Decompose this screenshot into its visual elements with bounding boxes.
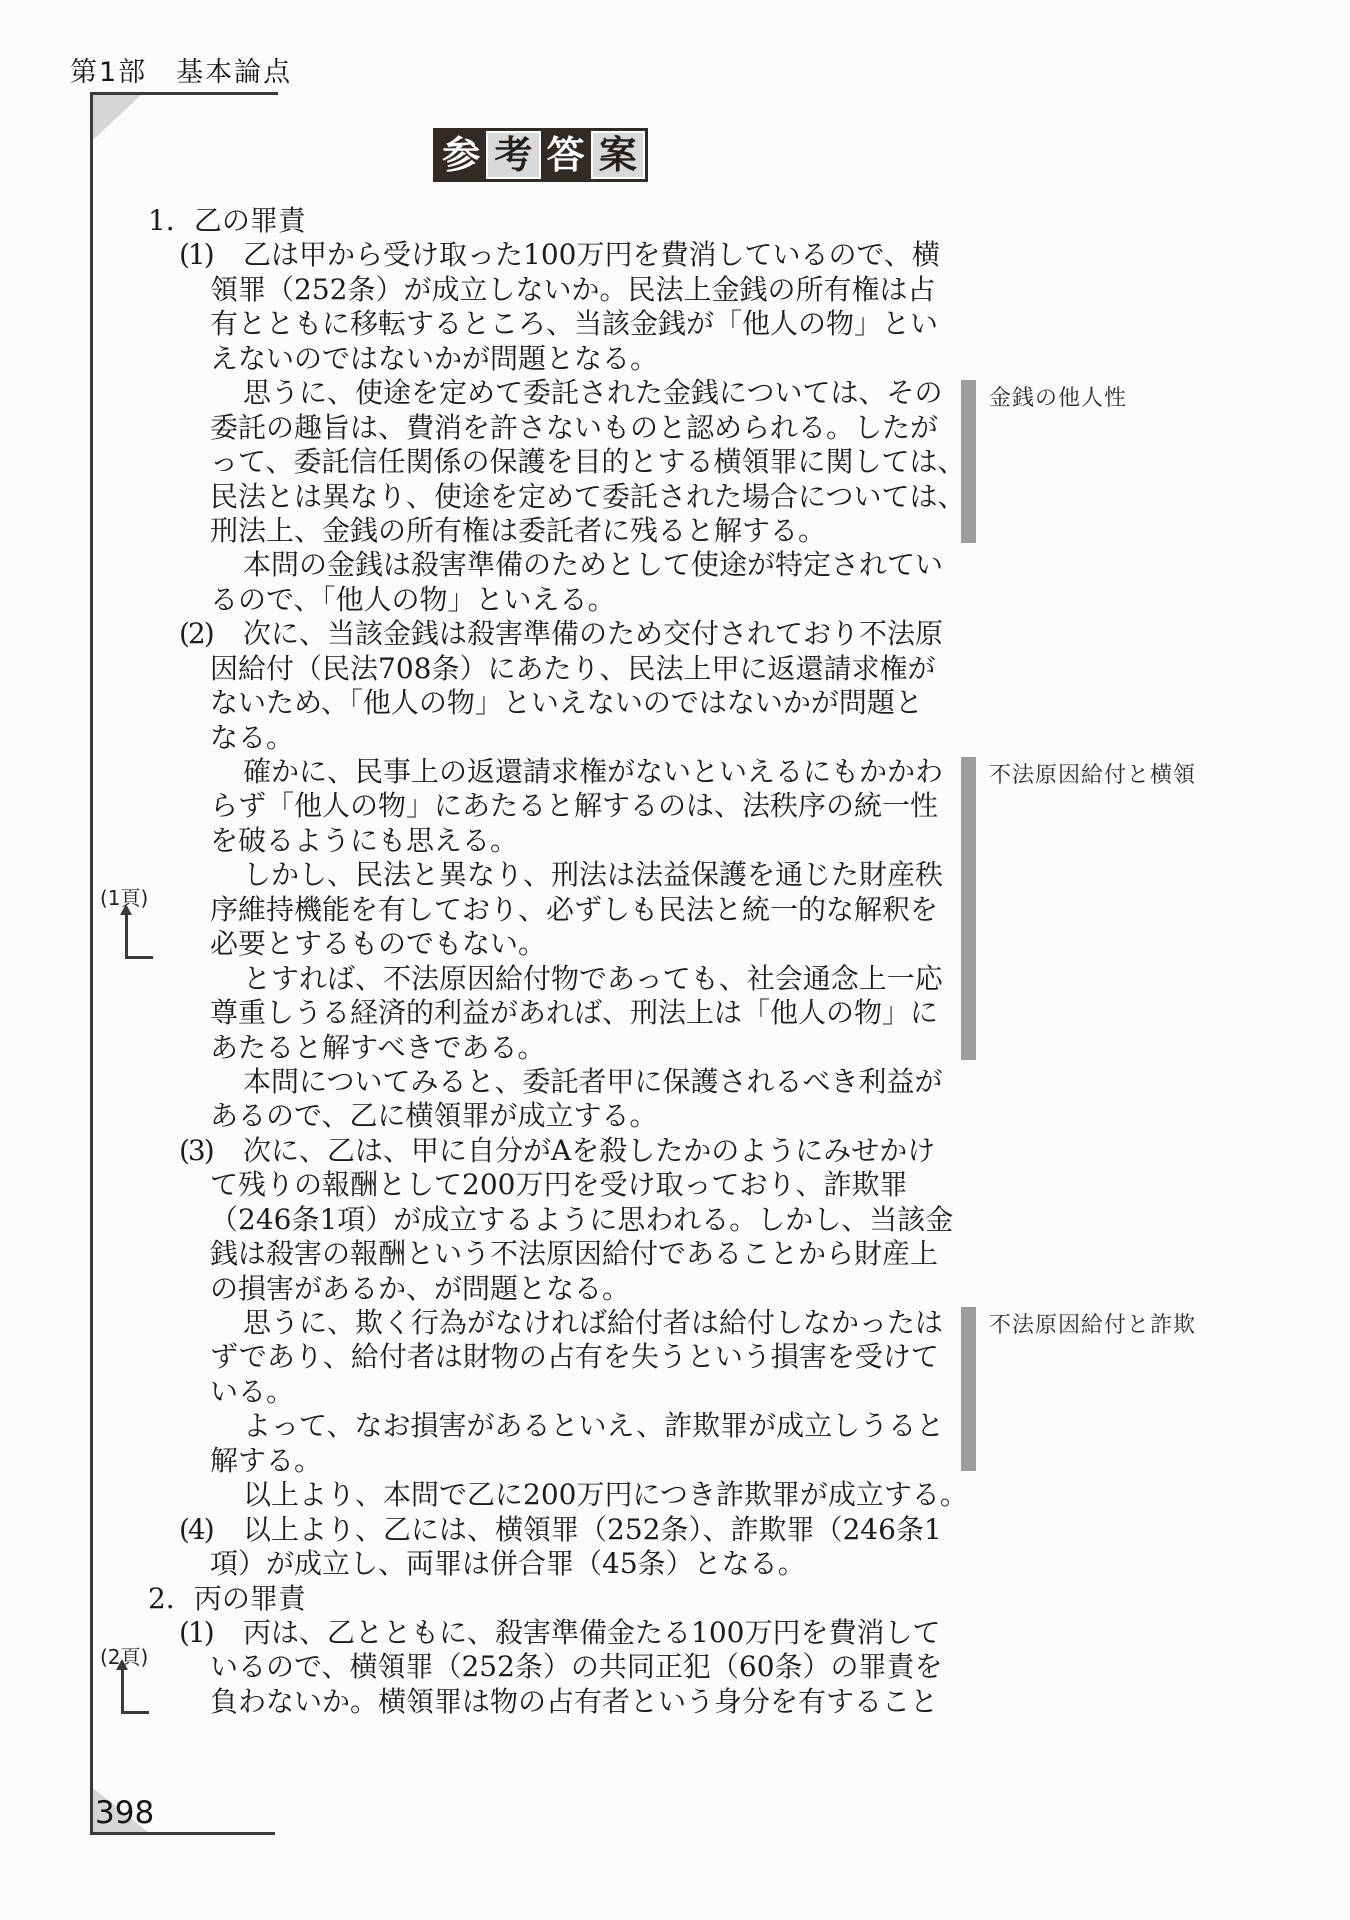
page-marker-arrow <box>125 912 153 959</box>
line-text: あたると解すべきである。 <box>210 1031 545 1064</box>
margin-note-bar <box>961 757 976 1060</box>
line-text: しかし、民法と異なり、刑法は法益保護を通じた財産秩 <box>243 858 943 891</box>
top-corner-triangle <box>93 95 141 140</box>
line-text: 負わないか。横領罪は物の占有者という身分を有すること <box>210 1685 938 1718</box>
margin-note-bar <box>961 1307 976 1471</box>
line-text: 解する。 <box>210 1444 322 1477</box>
margin-note-fuhou-genin-kyufu-to-oryo: 不法原因給付と横領 <box>961 757 1196 1060</box>
body-line: 領罪（252条）が成立しないか。民法上金銭の所有権は占 <box>0 273 1350 307</box>
line-text: 確かに、民事上の返還請求権がないといえるにもかかわ <box>243 755 943 788</box>
line-text: （246条1項）が成立するように思われる。しかし、当該金 <box>210 1203 953 1236</box>
body-line: いるので、横領罪（252条）の共同正犯（60条）の罪責を <box>0 1650 1350 1684</box>
line-text: 領罪（252条）が成立しないか。民法上金銭の所有権は占 <box>210 273 935 306</box>
body-line: (4)以上より、乙には、横領罪（252条）、詐欺罪（246条1 <box>0 1513 1350 1547</box>
body-line: 民法とは異なり、使途を定めて委託された場合については、 <box>0 480 1350 514</box>
body-line: 本問についてみると、委託者甲に保護されるべき利益が <box>0 1065 1350 1099</box>
body-line: （246条1項）が成立するように思われる。しかし、当該金 <box>0 1203 1350 1237</box>
item-number: (1) <box>179 1616 243 1650</box>
margin-note-label: 不法原因給付と詐欺 <box>989 1307 1196 1339</box>
line-text: 以上より、本問で乙に200万円につき詐欺罪が成立する。 <box>243 1478 968 1511</box>
body-line: なる。 <box>0 721 1350 755</box>
line-text: 序維持機能を有しており、必ずしも民法と統一的な解釈を <box>210 893 938 926</box>
line-text: らず「他人の物」にあたると解するのは、法秩序の統一性 <box>210 789 938 822</box>
line-text: 有とともに移転するところ、当該金銭が「他人の物」とい <box>210 307 938 340</box>
body-line: 本問の金銭は殺害準備のためとして使途が特定されてい <box>0 548 1350 582</box>
body-line: 有とともに移転するところ、当該金銭が「他人の物」とい <box>0 307 1350 341</box>
title-char: 案 <box>591 131 645 179</box>
body-line: 負わないか。横領罪は物の占有者という身分を有すること <box>0 1685 1350 1719</box>
line-text: 次に、乙は、甲に自分がAを殺したかのようにみせかけ <box>243 1134 935 1167</box>
line-text: 因給付（民法708条）にあたり、民法上甲に返還請求権が <box>210 652 935 685</box>
line-text: 以上より、乙には、横領罪（252条）、詐欺罪（246条1 <box>243 1513 942 1546</box>
title-char: 考 <box>486 131 540 179</box>
line-text: を破るようにも思える。 <box>210 824 518 857</box>
line-text: 思うに、使途を定めて委託された金銭については、その <box>243 376 942 409</box>
margin-note-bar <box>961 380 976 543</box>
line-text: 項）が成立し、両罪は併合罪（45条）となる。 <box>210 1547 806 1580</box>
body-line: 委託の趣旨は、費消を許さないものと認められる。したが <box>0 411 1350 445</box>
line-text: 思うに、欺く行為がなければ給付者は給付しなかったは <box>243 1306 943 1339</box>
line-text: 委託の趣旨は、費消を許さないものと認められる。したが <box>210 411 938 444</box>
body-line: 銭は殺害の報酬という不法原因給付であることから財産上 <box>0 1237 1350 1271</box>
line-text: 必要とするものでもない。 <box>210 927 546 960</box>
line-text: いる。 <box>210 1375 294 1408</box>
answer-title-box: 参 考 答 案 <box>433 128 648 182</box>
line-text: 丙は、乙とともに、殺害準備金たる100万円を費消して <box>243 1616 940 1649</box>
body-line: 項）が成立し、両罪は併合罪（45条）となる。 <box>0 1547 1350 1581</box>
line-text: とすれば、不法原因給付物であっても、社会通念上一応 <box>243 962 943 995</box>
bottom-rule <box>90 1832 275 1835</box>
line-text: て残りの報酬として200万円を受け取っており、詐欺罪 <box>210 1168 907 1201</box>
line-text: ずであり、給付者は財物の占有を失うという損害を受けて <box>210 1340 939 1373</box>
line-text: るので、「他人の物」といえる。 <box>210 583 615 616</box>
line-text: あるので、乙に横領罪が成立する。 <box>210 1099 657 1132</box>
title-char: 答 <box>541 131 591 179</box>
body-line: えないのではないかが問題となる。 <box>0 342 1350 376</box>
line-text: えないのではないかが問題となる。 <box>210 342 658 375</box>
body-line: (2)次に、当該金銭は殺害準備のため交付されており不法原 <box>0 617 1350 651</box>
title-char: 参 <box>436 131 486 179</box>
body-line: 2．丙の罪責 <box>0 1582 1350 1616</box>
body-line: って、委託信任関係の保護を目的とする横領罪に関しては、 <box>0 445 1350 479</box>
page-number: 398 <box>95 1795 154 1831</box>
body-line: 1．乙の罪責 <box>0 204 1350 238</box>
line-text: 本問の金銭は殺害準備のためとして使途が特定されてい <box>243 548 943 581</box>
body-line: (1)丙は、乙とともに、殺害準備金たる100万円を費消して <box>0 1616 1350 1650</box>
body-line: て残りの報酬として200万円を受け取っており、詐欺罪 <box>0 1168 1350 1202</box>
line-text: なる。 <box>210 721 294 754</box>
body-line: の損害があるか、が問題となる。 <box>0 1272 1350 1306</box>
body-line: 以上より、本問で乙に200万円につき詐欺罪が成立する。 <box>0 1478 1350 1512</box>
line-text: ないため、「他人の物」といえないのではないかが問題と <box>210 686 923 719</box>
line-text: 銭は殺害の報酬という不法原因給付であることから財産上 <box>210 1237 938 1270</box>
line-text: 民法とは異なり、使途を定めて委託された場合については、 <box>210 480 965 513</box>
line-text: って、委託信任関係の保護を目的とする横領罪に関しては、 <box>210 445 965 478</box>
line-text: よって、なお損害があるといえ、詐欺罪が成立しうると <box>243 1409 944 1442</box>
line-text: 刑法上、金銭の所有権は委託者に残ると解する。 <box>210 514 826 547</box>
body-line: 刑法上、金銭の所有権は委託者に残ると解する。 <box>0 514 1350 548</box>
item-number: (1) <box>179 238 243 272</box>
line-text: いるので、横領罪（252条）の共同正犯（60条）の罪責を <box>210 1650 943 1683</box>
chapter-header: 第1部 基本論点 <box>70 50 292 89</box>
page-marker-arrow <box>121 1667 149 1714</box>
line-text: 乙は甲から受け取った100万円を費消しているので、横 <box>243 238 940 271</box>
body-line: あるので、乙に横領罪が成立する。 <box>0 1099 1350 1133</box>
line-text: 次に、当該金銭は殺害準備のため交付されており不法原 <box>243 617 943 650</box>
body-line: (1)乙は甲から受け取った100万円を費消しているので、横 <box>0 238 1350 272</box>
margin-note-label: 金銭の他人性 <box>989 380 1127 412</box>
line-text: 2．丙の罪責 <box>148 1582 306 1615</box>
margin-note-label: 不法原因給付と横領 <box>989 757 1196 789</box>
body-line: 思うに、使途を定めて委託された金銭については、その <box>0 376 1350 410</box>
line-text: の損害があるか、が問題となる。 <box>210 1272 630 1305</box>
line-text: 尊重しうる経済的利益があれば、刑法上は「他人の物」に <box>210 996 938 1029</box>
margin-note-fuhou-genin-kyufu-to-sagi: 不法原因給付と詐欺 <box>961 1307 1196 1471</box>
line-text: 本問についてみると、委託者甲に保護されるべき利益が <box>243 1065 942 1098</box>
body-line: ないため、「他人の物」といえないのではないかが問題と <box>0 686 1350 720</box>
item-number: (3) <box>179 1134 243 1168</box>
body-line: 因給付（民法708条）にあたり、民法上甲に返還請求権が <box>0 652 1350 686</box>
line-text: 1．乙の罪責 <box>148 204 306 237</box>
item-number: (4) <box>179 1513 243 1547</box>
body-line: るので、「他人の物」といえる。 <box>0 583 1350 617</box>
item-number: (2) <box>179 617 243 651</box>
margin-note-kinsen-tanin-sei: 金銭の他人性 <box>961 380 1127 543</box>
body-line: (3)次に、乙は、甲に自分がAを殺したかのようにみせかけ <box>0 1134 1350 1168</box>
